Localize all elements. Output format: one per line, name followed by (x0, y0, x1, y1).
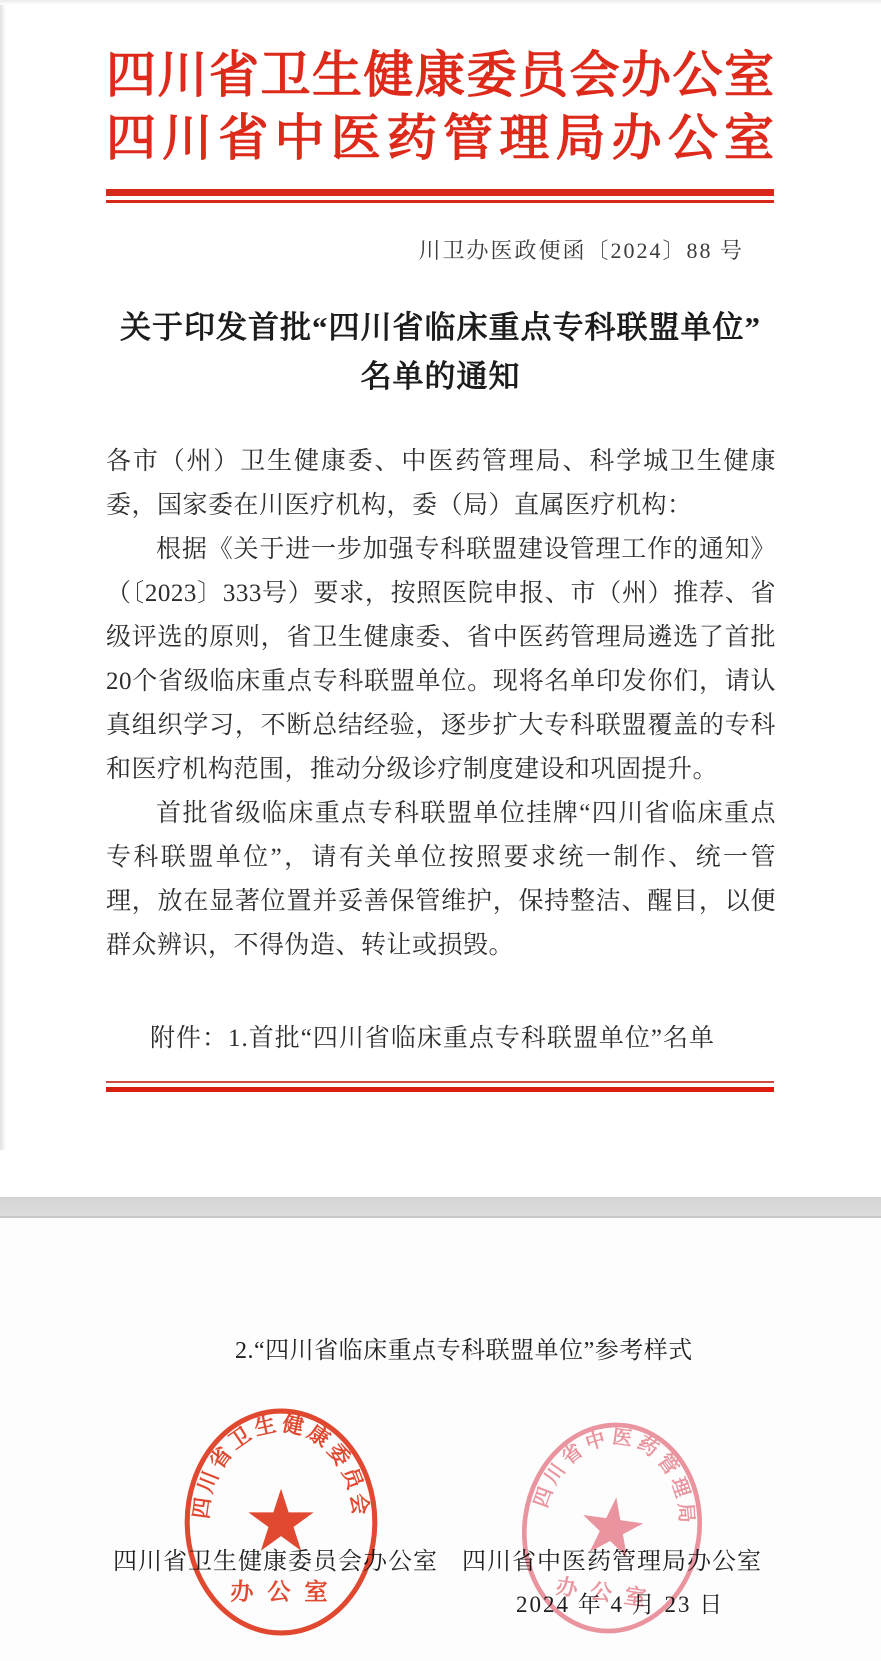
page-2-background (0, 1218, 881, 1661)
letterhead-line-1: 四川省卫生健康委员会办公室 (106, 44, 774, 107)
body-paragraph-2: 首批省级临床重点专科联盟单位挂牌“四川省临床重点专科联盟单位”，请有关单位按照要… (106, 792, 776, 968)
attachment-line-1: 附件：1.首批“四川省临床重点专科联盟单位”名单 (106, 1018, 776, 1054)
scan-edge-top (0, 0, 881, 5)
page-break-band (0, 1197, 881, 1218)
letterhead: 四川省卫生健康委员会办公室 四川省中医药管理局办公室 (106, 44, 774, 170)
signature-org-left: 四川省卫生健康委员会办公室 (113, 1541, 438, 1576)
title-line-1: 关于印发首批“四川省临床重点专科联盟单位” (0, 303, 881, 352)
document-number: 川卫办医政便函〔2024〕88 号 (106, 234, 774, 265)
footer-rule (106, 1081, 774, 1092)
letterhead-line-2: 四川省中医药管理局办公室 (106, 107, 774, 170)
signature-org-right: 四川省中医药管理局办公室 (462, 1541, 762, 1576)
rule-thin-line (106, 200, 774, 203)
document-title: 关于印发首批“四川省临床重点专科联盟单位” 名单的通知 (0, 303, 881, 401)
rule-thick-line (106, 1087, 774, 1092)
body-paragraph-1: 根据《关于进一步加强专科联盟建设管理工作的通知》（〔2023〕333号）要求，按… (106, 528, 776, 792)
scan-edge-left (0, 0, 6, 1150)
official-document: 四川省卫生健康委员会办公室 四川省中医药管理局办公室 川卫办医政便函〔2024〕… (0, 0, 881, 1661)
signature-date: 2024 年 4 月 23 日 (516, 1586, 724, 1619)
salutation: 各市（州）卫生健康委、中医药管理局、科学城卫生健康委，国家委在川医疗机构，委（局… (106, 440, 776, 528)
document-body: 各市（州）卫生健康委、中医药管理局、科学城卫生健康委，国家委在川医疗机构，委（局… (106, 440, 776, 968)
title-line-2: 名单的通知 (0, 352, 881, 401)
attachment-line-2: 2.“四川省临床重点专科联盟单位”参考样式 (235, 1330, 693, 1365)
letterhead-rule (106, 189, 774, 203)
rule-thick-line (106, 189, 774, 196)
